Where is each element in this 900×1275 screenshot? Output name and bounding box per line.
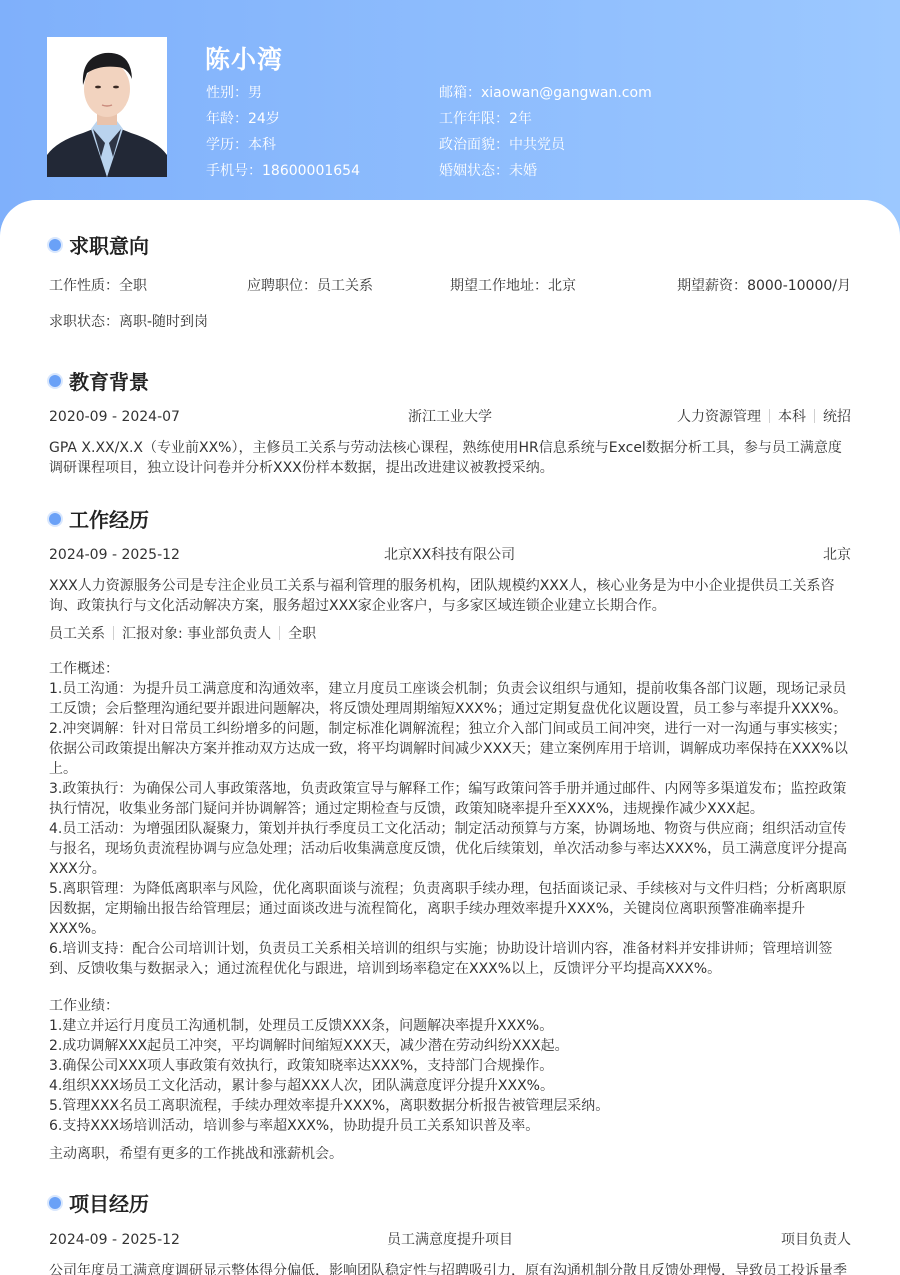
work-achievements-label: 工作业绩：	[49, 996, 851, 1016]
work-company: 北京XX科技有限公司	[384, 545, 515, 565]
overview-item: 5.离职管理：为降低离职率与风险，优化离职面谈与流程；负责离职手续办理，包括面谈…	[49, 879, 851, 939]
avatar-portrait-icon	[47, 37, 167, 177]
intention-position: 应聘职位：员工关系	[247, 276, 373, 296]
bullet-dot-icon	[49, 375, 61, 387]
intention-salary: 期望薪资：8000-10000/月	[677, 276, 851, 296]
info-political-status: 政治面貌：中共党员	[439, 135, 652, 161]
section-title-project: 项目经历	[48, 1188, 149, 1217]
overview-item: 3.政策执行：为确保公司人事政策落地，负责政策宣导与解释工作；编写政策问答手册并…	[49, 779, 851, 819]
candidate-name: 陈小湾	[205, 40, 283, 76]
project-header-row: 2024-09 - 2025-12 员工满意度提升项目 项目负责人	[49, 1230, 851, 1250]
education-description: GPA X.XX/X.X（专业前XX%），主修员工关系与劳动法核心课程，熟练使用…	[49, 438, 851, 478]
work-period: 2024-09 - 2025-12	[49, 545, 180, 565]
education-tags: 人力资源管理本科统招	[677, 407, 851, 427]
info-email: 邮箱：xiaowan@gangwan.com	[439, 83, 652, 109]
work-tags: 员工关系汇报对象: 事业部负责人全职	[49, 624, 851, 644]
achievement-item: 1.建立并运行月度员工沟通机制，处理员工反馈XXX条，问题解决率提升XXX%。	[49, 1016, 851, 1036]
achievement-item: 4.组织XXX场员工文化活动，累计参与超XXX人次，团队满意度评分提升XXX%。	[49, 1076, 851, 1096]
profile-photo	[47, 37, 167, 177]
basic-info-right: 邮箱：xiaowan@gangwan.com 工作年限：2年 政治面貌：中共党员…	[439, 83, 652, 187]
divider	[814, 409, 815, 423]
section-title-work: 工作经历	[48, 504, 149, 533]
achievement-item: 3.确保公司XXX项人事政策有效执行，政策知晓率达XXX%，支持部门合规操作。	[49, 1056, 851, 1076]
project-name: 员工满意度提升项目	[387, 1230, 513, 1250]
intention-job-type: 工作性质：全职	[49, 276, 147, 296]
achievement-item: 6.支持XXX场培训活动，培训参与率超XXX%，协助提升员工关系知识普及率。	[49, 1116, 851, 1136]
work-header-row: 2024-09 - 2025-12 北京XX科技有限公司 北京	[49, 545, 851, 565]
work-city: 北京	[823, 545, 851, 565]
info-phone: 手机号：18600001654	[206, 161, 360, 187]
overview-item: 6.培训支持：配合公司培训计划，负责员工关系相关培训的组织与实施；协助设计培训内…	[49, 939, 851, 979]
info-work-years: 工作年限：2年	[439, 109, 652, 135]
divider	[113, 626, 114, 640]
work-overview: 工作概述： 1.员工沟通：为提升员工满意度和沟通效率，建立月度员工座谈会机制；负…	[49, 659, 851, 979]
info-gender: 性别：男	[206, 83, 360, 109]
info-marital-status: 婚姻状态：未婚	[439, 161, 652, 187]
overview-item: 2.冲突调解：针对日常员工纠纷增多的问题，制定标准化调解流程；独立介入部门间或员…	[49, 719, 851, 779]
overview-item: 1.员工沟通：为提升员工满意度和沟通效率，建立月度员工座谈会机制；负责会议组织与…	[49, 679, 851, 719]
project-period: 2024-09 - 2025-12	[49, 1230, 180, 1250]
overview-item: 4.员工活动：为增强团队凝聚力，策划并执行季度员工文化活动；制定活动预算与方案，…	[49, 819, 851, 879]
company-intro: XXX人力资源服务公司是专注企业员工关系与福利管理的服务机构，团队规模约XXX人…	[49, 576, 851, 616]
basic-info-left: 性别：男 年龄：24岁 学历：本科 手机号：18600001654	[206, 83, 360, 187]
divider	[769, 409, 770, 423]
project-description: 公司年度员工满意度调研显示整体得分偏低，影响团队稳定性与招聘吸引力，原有沟通机制…	[49, 1261, 851, 1275]
achievement-item: 5.管理XXX名员工离职流程，手续办理效率提升XXX%，离职数据分析报告被管理层…	[49, 1096, 851, 1116]
education-period: 2020-09 - 2024-07	[49, 407, 180, 427]
bullet-dot-icon	[49, 513, 61, 525]
achievement-item: 2.成功调解XXX起员工冲突，平均调解时间缩短XXX天，减少潜在劳动纠纷XXX起…	[49, 1036, 851, 1056]
intention-location: 期望工作地址：北京	[450, 276, 576, 296]
divider	[279, 626, 280, 640]
education-school: 浙江工业大学	[408, 407, 492, 427]
info-age: 年龄：24岁	[206, 109, 360, 135]
info-degree: 学历：本科	[206, 135, 360, 161]
project-role: 项目负责人	[781, 1230, 851, 1250]
section-title-job-intention: 求职意向	[48, 230, 149, 259]
bullet-dot-icon	[49, 1197, 61, 1209]
bullet-dot-icon	[49, 239, 61, 251]
work-achievements: 工作业绩： 1.建立并运行月度员工沟通机制，处理员工反馈XXX条，问题解决率提升…	[49, 996, 851, 1136]
section-title-education: 教育背景	[48, 366, 149, 395]
education-header-row: 2020-09 - 2024-07 浙江工业大学 人力资源管理本科统招	[49, 407, 851, 427]
work-overview-label: 工作概述：	[49, 659, 851, 679]
leave-reason: 主动离职，希望有更多的工作挑战和涨薪机会。	[49, 1144, 851, 1164]
intention-status: 求职状态：离职-随时到岗	[49, 312, 851, 332]
